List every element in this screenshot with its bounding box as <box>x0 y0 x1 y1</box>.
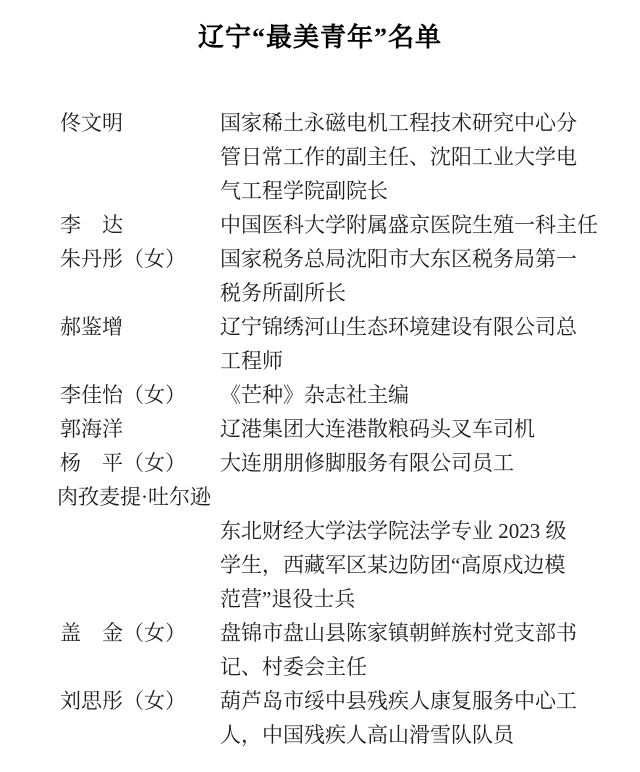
entry-description-line: 记、村委会主任 <box>220 650 622 684</box>
list-entry: 刘思彤（女） 葫芦岛市绥中县残疾人康复服务中心工人，中国残疾人高山滑雪队队员 <box>60 684 622 752</box>
list-entry: 郝鉴增 辽宁锦绣河山生态环境建设有限公司总工程师 <box>60 310 622 378</box>
entry-description: 葫芦岛市绥中县残疾人康复服务中心工人，中国残疾人高山滑雪队队员 <box>220 684 622 752</box>
entry-description: 东北财经大学法学院法学专业 2023 级学生，西藏军区某边防团“高原戍边模范营”… <box>220 514 622 616</box>
list-entry: 佟文明 国家稀土永磁电机工程技术研究中心分管日常工作的副主任、沈阳工业大学电气工… <box>60 106 622 208</box>
entry-description-line: 《芒种》杂志社主编 <box>220 378 622 412</box>
entry-name: 盖 金（女） <box>60 616 220 650</box>
entry-description-line: 葫芦岛市绥中县残疾人康复服务中心工 <box>220 684 622 718</box>
entry-name: 李佳怡（女） <box>60 378 220 412</box>
entry-description-line: 辽宁锦绣河山生态环境建设有限公司总 <box>220 310 622 344</box>
entry-description-line: 国家税务总局沈阳市大东区税务局第一 <box>220 242 622 276</box>
entry-description-line: 范营”退役士兵 <box>220 582 622 616</box>
entry-name: 佟文明 <box>60 106 220 140</box>
entry-description: 盘锦市盘山县陈家镇朝鲜族村党支部书记、村委会主任 <box>220 616 622 684</box>
list-entry: 李 达 中国医科大学附属盛京医院生殖一科主任 <box>60 208 622 242</box>
document-title: 辽宁“最美青年”名单 <box>0 0 640 52</box>
list-entry: 杨 平（女） 大连朋朋修脚服务有限公司员工 <box>60 446 622 480</box>
entry-description-line: 国家稀土永磁电机工程技术研究中心分 <box>220 106 622 140</box>
entry-description-line: 辽港集团大连港散粮码头叉车司机 <box>220 412 622 446</box>
list-entry: 肉孜麦提·吐尔逊 东北财经大学法学院法学专业 2023 级学生，西藏军区某边防团… <box>60 480 622 616</box>
entry-name: 郭海洋 <box>60 412 220 446</box>
entry-description: 中国医科大学附属盛京医院生殖一科主任 <box>220 208 622 242</box>
entry-name: 郝鉴增 <box>60 310 220 344</box>
entry-description: 辽港集团大连港散粮码头叉车司机 <box>220 412 622 446</box>
list-entry: 郭海洋 辽港集团大连港散粮码头叉车司机 <box>60 412 622 446</box>
list-entry: 李佳怡（女） 《芒种》杂志社主编 <box>60 378 622 412</box>
entry-description: 国家稀土永磁电机工程技术研究中心分管日常工作的副主任、沈阳工业大学电气工程学院副… <box>220 106 622 208</box>
entry-description-line: 大连朋朋修脚服务有限公司员工 <box>220 446 622 480</box>
entry-description-line: 气工程学院副院长 <box>220 174 622 208</box>
entry-name: 杨 平（女） <box>60 446 220 480</box>
entry-name: 肉孜麦提·吐尔逊 <box>57 480 622 514</box>
entry-description: 辽宁锦绣河山生态环境建设有限公司总工程师 <box>220 310 622 378</box>
entry-name: 李 达 <box>60 208 220 242</box>
entry-description: 国家税务总局沈阳市大东区税务局第一税务所副所长 <box>220 242 622 310</box>
list-entry: 朱丹彤（女） 国家税务总局沈阳市大东区税务局第一税务所副所长 <box>60 242 622 310</box>
document-page: 辽宁“最美青年”名单 佟文明 国家稀土永磁电机工程技术研究中心分管日常工作的副主… <box>0 0 640 772</box>
entry-description: 大连朋朋修脚服务有限公司员工 <box>220 446 622 480</box>
entry-description-line: 工程师 <box>220 344 622 378</box>
entry-description-line: 中国医科大学附属盛京医院生殖一科主任 <box>220 208 622 242</box>
entry-description: 《芒种》杂志社主编 <box>220 378 622 412</box>
entry-description-line: 盘锦市盘山县陈家镇朝鲜族村党支部书 <box>220 616 622 650</box>
entry-description-line: 学生，西藏军区某边防团“高原戍边模 <box>220 548 622 582</box>
entry-description-line: 东北财经大学法学院法学专业 2023 级 <box>220 514 622 548</box>
entry-description-line: 管日常工作的副主任、沈阳工业大学电 <box>220 140 622 174</box>
entry-description-line: 税务所副所长 <box>220 276 622 310</box>
entry-name: 刘思彤（女） <box>60 684 220 718</box>
entries-list: 佟文明 国家稀土永磁电机工程技术研究中心分管日常工作的副主任、沈阳工业大学电气工… <box>0 106 640 752</box>
list-entry: 盖 金（女） 盘锦市盘山县陈家镇朝鲜族村党支部书记、村委会主任 <box>60 616 622 684</box>
entry-description-line: 人，中国残疾人高山滑雪队队员 <box>220 718 622 752</box>
entry-name: 朱丹彤（女） <box>60 242 220 276</box>
